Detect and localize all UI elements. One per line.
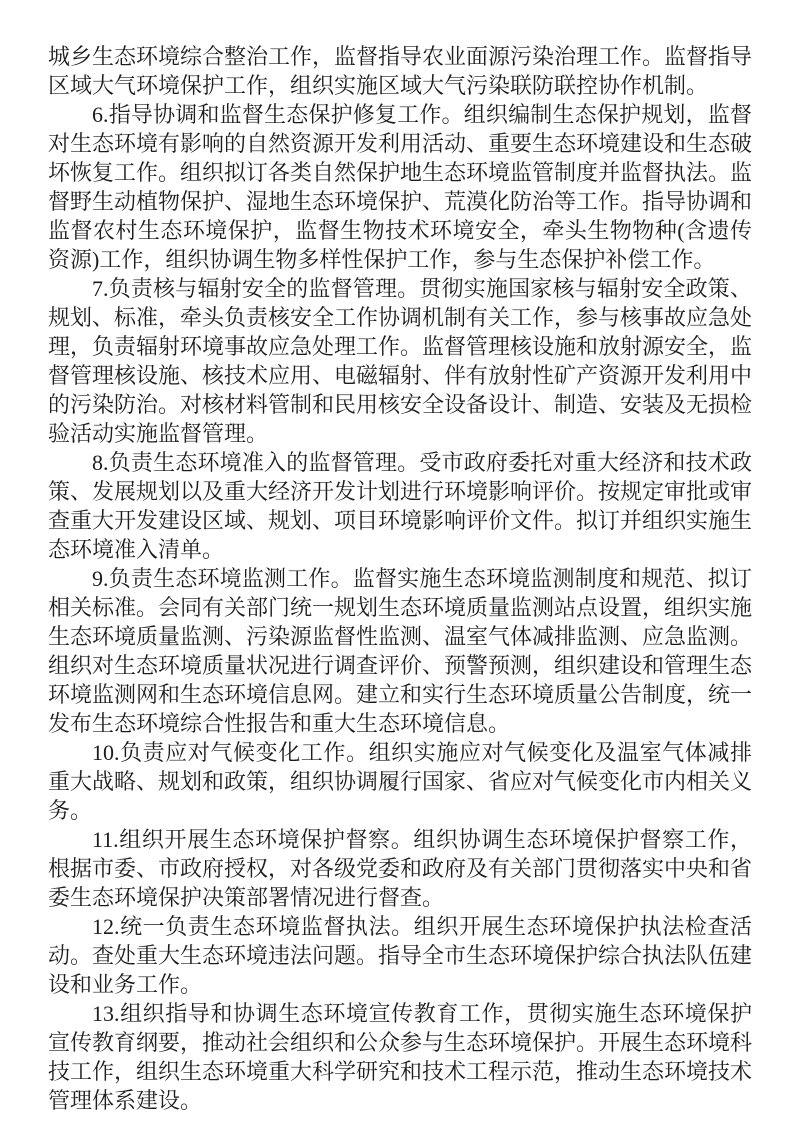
duty-item-12: 12.统一负责生态环境监督执法。组织开展生态环境保护执法检查活动。查处重大生态环… bbox=[48, 912, 752, 999]
document-body: 城乡生态环境综合整治工作，监督指导农业面源污染治理工作。监督指导区域大气环境保护… bbox=[48, 42, 752, 1115]
paragraph-continuation: 城乡生态环境综合整治工作，监督指导农业面源污染治理工作。监督指导区域大气环境保护… bbox=[48, 42, 752, 100]
duty-item-7: 7.负责核与辐射安全的监督管理。贯彻实施国家核与辐射安全政策、规划、标准，牵头负… bbox=[48, 274, 752, 448]
duty-item-6: 6.指导协调和监督生态保护修复工作。组织编制生态保护规划，监督对生态环境有影响的… bbox=[48, 100, 752, 274]
duty-item-9: 9.负责生态环境监测工作。监督实施生态环境监测制度和规范、拟订相关标准。会同有关… bbox=[48, 564, 752, 738]
duty-item-13: 13.组织指导和协调生态环境宣传教育工作，贯彻实施生态环境保护宣传教育纲要，推动… bbox=[48, 999, 752, 1115]
duty-item-8: 8.负责生态环境准入的监督管理。受市政府委托对重大经济和技术政策、发展规划以及重… bbox=[48, 448, 752, 564]
duty-item-10: 10.负责应对气候变化工作。组织实施应对气候变化及温室气体减排重大战略、规划和政… bbox=[48, 738, 752, 825]
document-page: 城乡生态环境综合整治工作，监督指导农业面源污染治理工作。监督指导区域大气环境保护… bbox=[0, 0, 793, 1122]
duty-item-11: 11.组织开展生态环境保护督察。组织协调生态环境保护督察工作，根据市委、市政府授… bbox=[48, 825, 752, 912]
